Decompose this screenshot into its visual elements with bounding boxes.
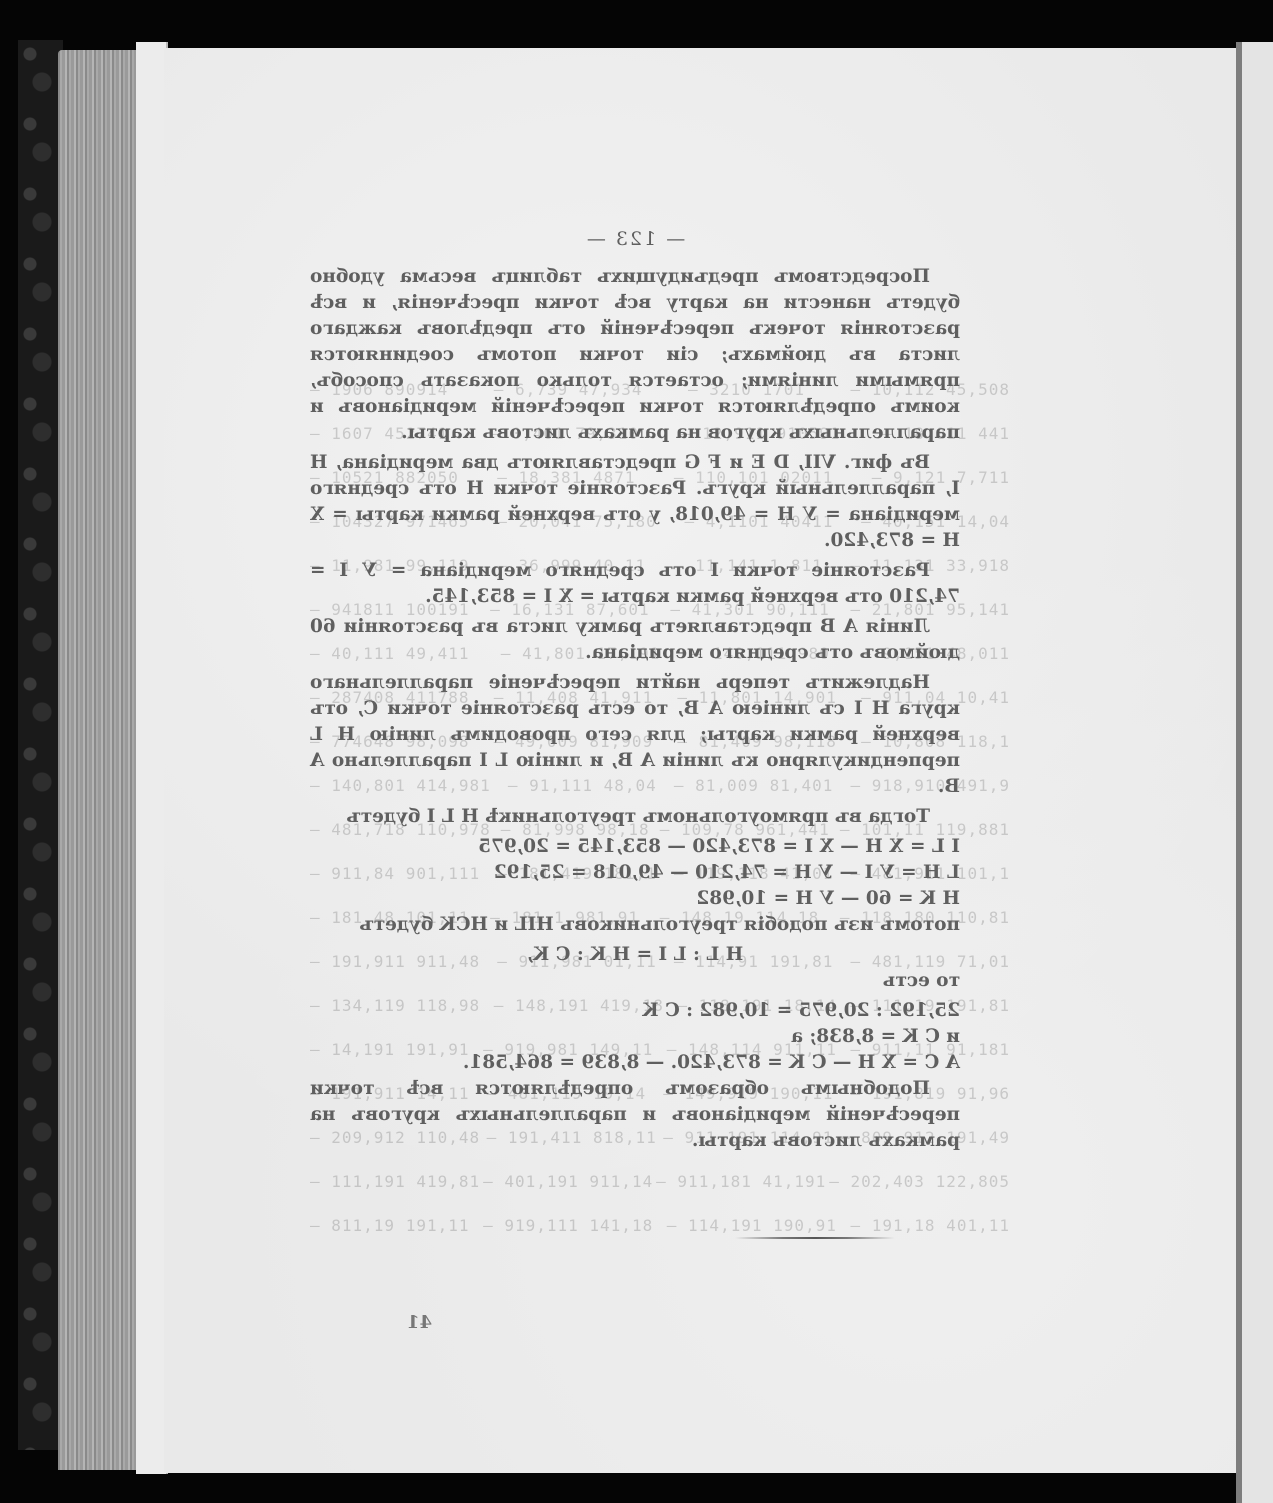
paragraph: Надлежитъ теперь найти пересѣченіе парал…: [310, 670, 960, 800]
page-number: — 123 —: [310, 228, 960, 250]
paragraph: Линія A B представляетъ рамку листа въ р…: [310, 614, 960, 666]
book-cover-edge: [18, 40, 63, 1450]
formula-line: и C K = 8,838; а: [310, 1024, 960, 1050]
paragraph: потомъ изъ подобія треугольниковъ HIL и …: [310, 912, 960, 938]
formula-line: A C = X H — C K = 873,420. — 8,839 = 864…: [310, 1050, 960, 1076]
page-block-edges: [58, 50, 138, 1470]
signature-mark: 41: [407, 1312, 432, 1333]
formula-line: L H = У I — У H = 74,210 — 49,018 = 25,1…: [310, 860, 960, 886]
formula-line: H L : L I = H K : C K,: [310, 942, 960, 968]
paragraph: Посредствомъ предъидущихъ таблицъ весьма…: [310, 264, 960, 446]
paragraph: Въ фиг. VII, D E и F G представляютъ два…: [310, 450, 960, 554]
formula-line: I L = X H — X I = 873,420 — 853,145 = 20…: [310, 834, 960, 860]
paragraph: то есть: [310, 968, 960, 994]
page-text: — 123 — Посредствомъ предъидущихъ таблиц…: [310, 228, 960, 1158]
formula-line: H K = 60 — У H = 10,982: [310, 886, 960, 912]
page-body: Посредствомъ предъидущихъ таблицъ весьма…: [310, 264, 960, 1154]
formula-line: 25,192 : 20,975 = 10,982 : C K: [310, 998, 960, 1024]
facing-page-edge: [1242, 42, 1273, 1503]
paragraph: Разстояніе точки I отъ средняго меридіан…: [310, 558, 960, 610]
paragraph: Тогда въ прямоугольномъ треугольникѣ H L…: [310, 804, 960, 830]
paragraph: Подобнымъ образомъ опредѣляются всѣ точк…: [310, 1076, 960, 1154]
decorative-tailpiece-rule: [735, 1234, 895, 1242]
